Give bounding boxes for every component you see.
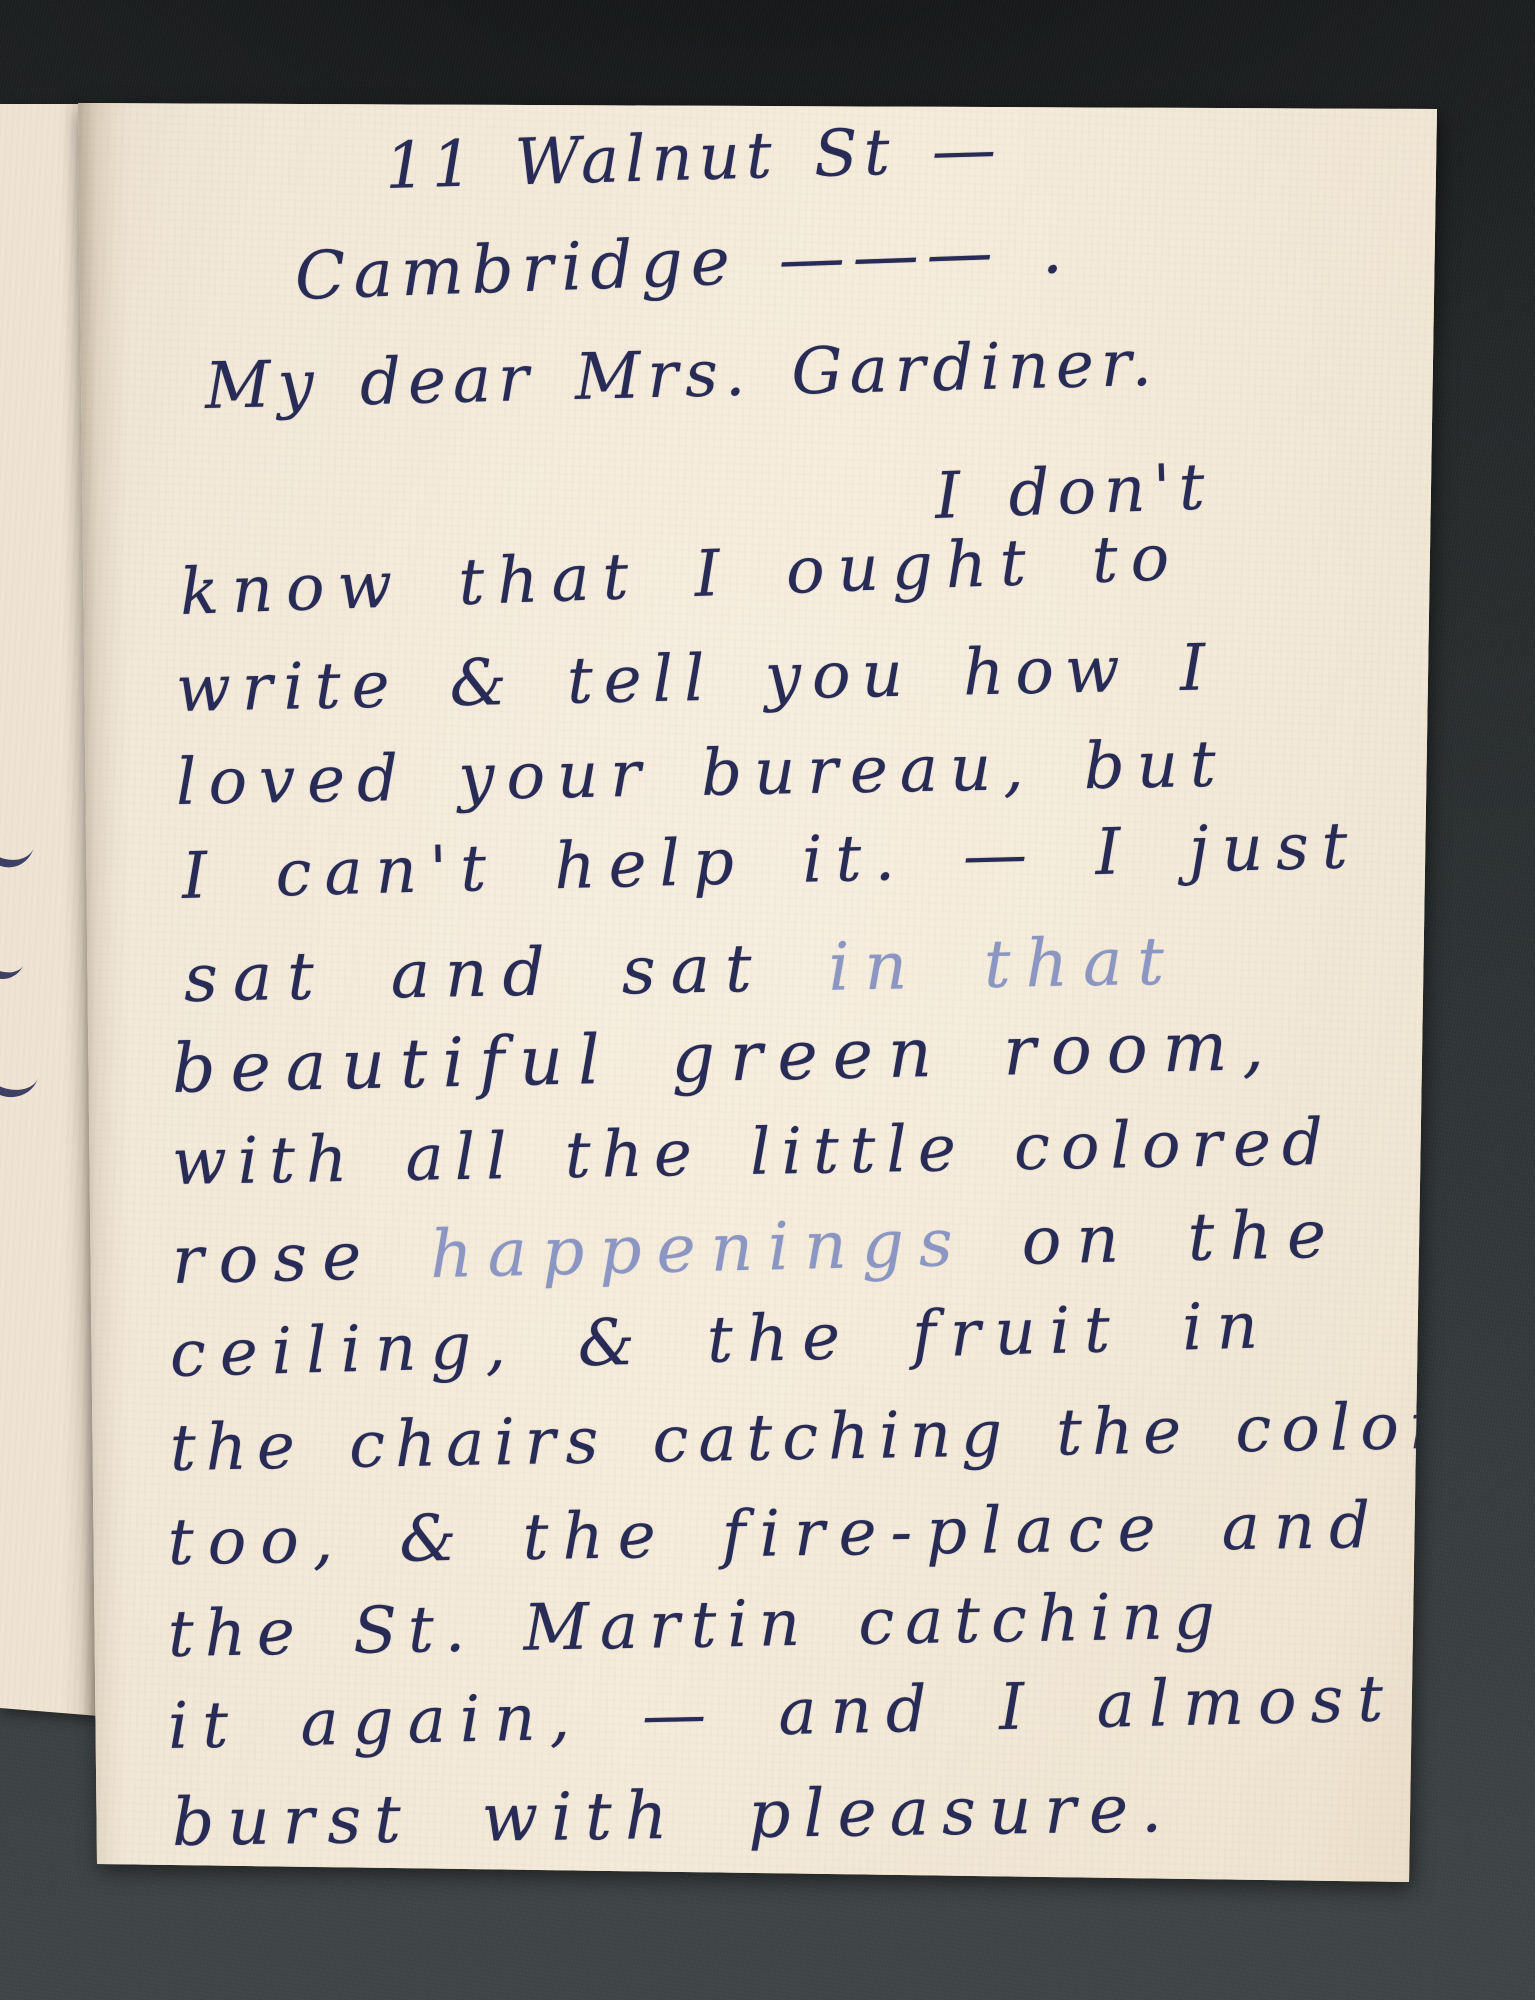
letter-page: 11 Walnut St —Cambridge ——— .My dear Mrs… bbox=[0, 0, 1535, 2000]
letter-line-segment: the chairs catching the color bbox=[169, 1390, 1450, 1486]
letter-line-segment: sat and sat bbox=[183, 929, 829, 1017]
letter-page-wrapper: 11 Walnut St —Cambridge ——— .My dear Mrs… bbox=[0, 0, 1535, 2000]
letter-line: beautiful green room, bbox=[171, 1007, 1279, 1109]
letter-line-segment: write & tell you how I bbox=[175, 631, 1217, 727]
letter-line: write & tell you how I bbox=[175, 631, 1217, 727]
letter-line-segment: ceiling, & the fruit in bbox=[169, 1289, 1273, 1392]
letter-line: loved your bureau, but bbox=[175, 728, 1228, 820]
letter-line: know that I ought to bbox=[179, 521, 1184, 630]
letter-line-segment: My dear Mrs. Gardiner. bbox=[204, 327, 1159, 424]
letter-line-segment: know that I ought to bbox=[179, 521, 1184, 630]
letter-line-segment: with all the little colored bbox=[171, 1106, 1334, 1200]
letter-line: rose happenings on the bbox=[171, 1195, 1342, 1299]
letter-line: I can't help it. — I just bbox=[181, 809, 1361, 914]
letter-line: too, & the fire-place and bbox=[167, 1489, 1384, 1580]
letter-line-segment: beautiful green room, bbox=[171, 1007, 1279, 1109]
letter-text: 11 Walnut St —Cambridge ——— .My dear Mrs… bbox=[0, 0, 1535, 2000]
photograph-background: 11 Walnut St —Cambridge ——— .My dear Mrs… bbox=[0, 0, 1535, 2000]
letter-line: the chairs catching the color bbox=[169, 1390, 1450, 1486]
letter-line-segment: Cambridge ——— . bbox=[294, 211, 1072, 315]
letter-line: 11 Walnut St — bbox=[384, 113, 1003, 204]
letter-line: it again, — and I almost bbox=[167, 1662, 1398, 1764]
letter-line-segment: it again, — and I almost bbox=[167, 1662, 1398, 1764]
letter-line-segment: too, & the fire-place and bbox=[167, 1489, 1384, 1580]
letter-line-segment: loved your bureau, but bbox=[175, 728, 1228, 820]
letter-line: sat and sat in that bbox=[183, 923, 1179, 1017]
letter-line-segment: rose bbox=[171, 1216, 431, 1299]
letter-line: ceiling, & the fruit in bbox=[169, 1289, 1273, 1392]
letter-line: Cambridge ——— . bbox=[294, 211, 1072, 315]
letter-line-segment: 11 Walnut St — bbox=[384, 113, 1003, 204]
letter-line: burst with pleasure. bbox=[171, 1770, 1175, 1861]
letter-line: the St. Martin catching bbox=[167, 1580, 1226, 1672]
letter-line: with all the little colored bbox=[171, 1106, 1334, 1200]
letter-line-segment: the St. Martin catching bbox=[167, 1580, 1226, 1672]
letter-line: My dear Mrs. Gardiner. bbox=[204, 327, 1159, 424]
letter-line-segment: happenings bbox=[429, 1204, 968, 1293]
letter-line-segment: I can't help it. — I just bbox=[181, 809, 1361, 914]
letter-line-segment: burst with pleasure. bbox=[171, 1770, 1175, 1861]
letter-line-segment: on the bbox=[967, 1195, 1342, 1280]
letter-line-segment: in that bbox=[828, 923, 1180, 1006]
